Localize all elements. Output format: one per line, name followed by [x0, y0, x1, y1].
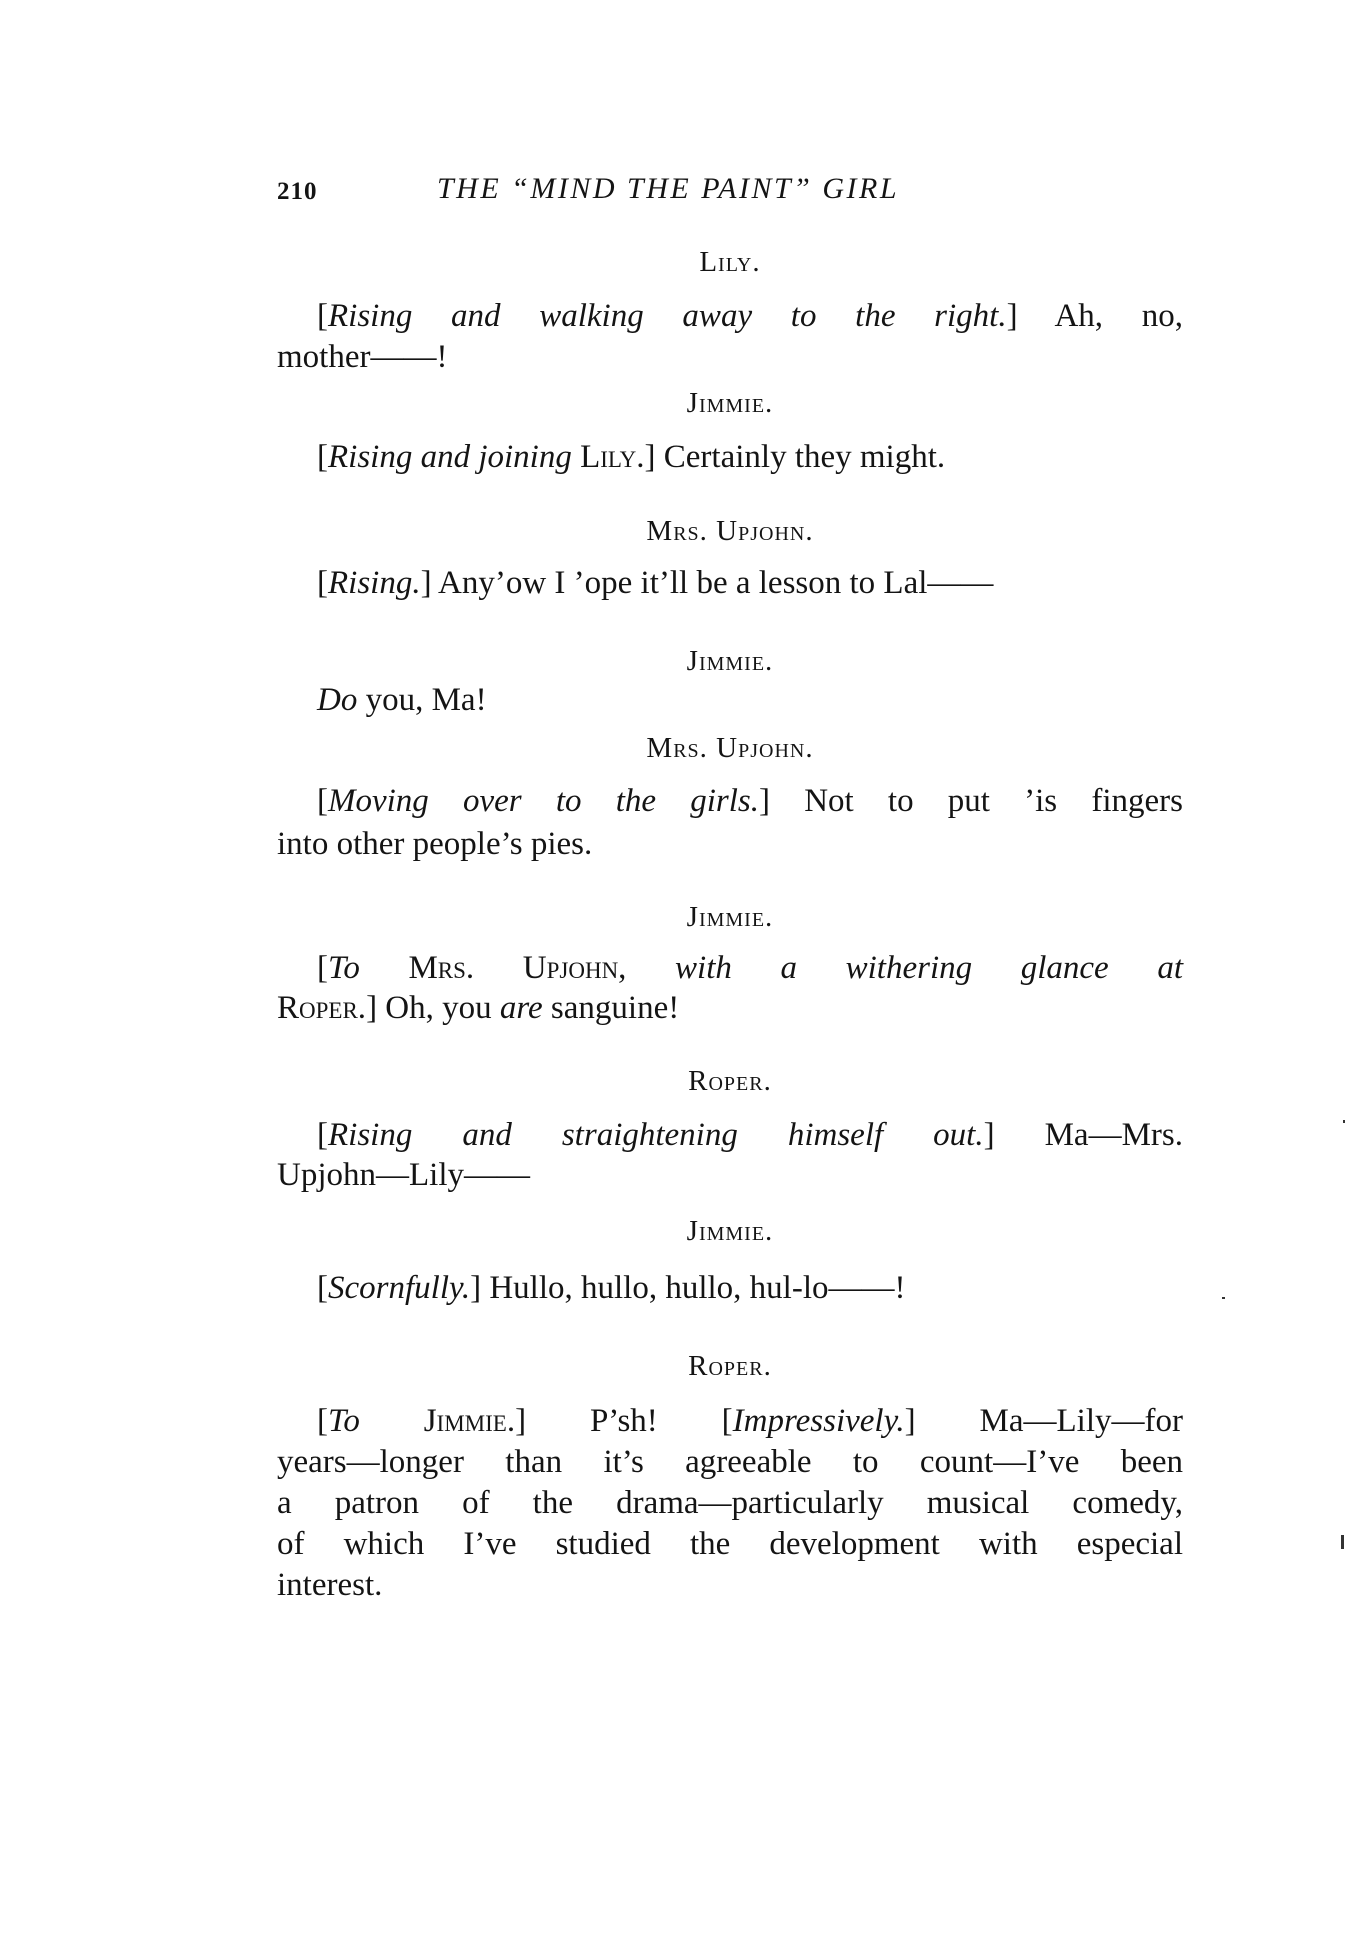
- dialogue-line: [Rising and joining Lily.] Certainly the…: [277, 437, 1183, 477]
- page-number: 210: [277, 178, 318, 206]
- dialogue-line: Upjohn—Lily——: [277, 1155, 1183, 1195]
- dialogue-line: [Rising.] Any’ow I ’ope it’ll be a lesso…: [277, 563, 1183, 603]
- dialogue-line: Do you, Ma!: [277, 680, 1183, 720]
- dialogue-line: into other people’s pies.: [277, 824, 1183, 864]
- scan-mark: [1343, 1120, 1345, 1123]
- dialogue-line: of which I’ve studied the development wi…: [277, 1524, 1183, 1564]
- dialogue-line: interest.: [277, 1565, 1183, 1605]
- dialogue-line: [Rising and straightening himself out.] …: [277, 1115, 1183, 1155]
- scan-mark: [1341, 1535, 1344, 1549]
- speaker-name: Jimmie.: [277, 899, 1183, 935]
- speaker-name: Jimmie.: [277, 1213, 1183, 1249]
- dialogue-line: a patron of the drama—particularly music…: [277, 1483, 1183, 1523]
- speaker-name: Roper.: [277, 1063, 1183, 1099]
- scan-mark: [1222, 1297, 1225, 1299]
- dialogue-line: [Rising and walking away to the right.] …: [277, 296, 1183, 336]
- speaker-name: Jimmie.: [277, 385, 1183, 421]
- dialogue-line: years—longer than it’s agreeable to coun…: [277, 1442, 1183, 1482]
- dialogue-line: [Moving over to the girls.] Not to put ’…: [277, 781, 1183, 821]
- dialogue-line: Roper.] Oh, you are sanguine!: [277, 988, 1183, 1028]
- dialogue-line: [Scornfully.] Hullo, hullo, hullo, hul-l…: [277, 1268, 1183, 1308]
- speaker-name: Roper.: [277, 1348, 1183, 1384]
- running-title: THE “MIND THE PAINT” GIRL: [437, 172, 899, 206]
- speaker-name: Mrs. Upjohn.: [277, 730, 1183, 766]
- book-page: 210 THE “MIND THE PAINT” GIRL Lily. [Ris…: [0, 0, 1347, 1938]
- speaker-name: Lily.: [277, 244, 1183, 280]
- dialogue-line: [To Jimmie.] P’sh! [Impressively.] Ma—Li…: [277, 1401, 1183, 1441]
- dialogue-line: mother——!: [277, 337, 1183, 377]
- speaker-name: Jimmie.: [277, 643, 1183, 679]
- speaker-name: Mrs. Upjohn.: [277, 513, 1183, 549]
- running-header: 210 THE “MIND THE PAINT” GIRL: [277, 172, 1183, 212]
- dialogue-line: [To Mrs. Upjohn, with a withering glance…: [277, 948, 1183, 988]
